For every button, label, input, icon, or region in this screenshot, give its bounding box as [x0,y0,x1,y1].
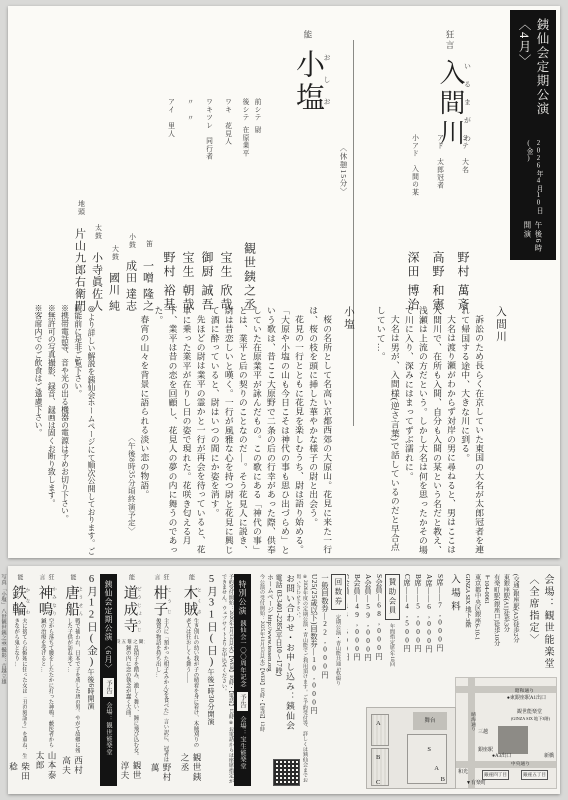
map-theater-sublabel: (GINZA SIX 地下3階) [511,717,550,722]
play-item: 能道成寺どうじょうじ赤頭 無闌之鬘 五段之舞 乱拍子を踏み、激しく舞い、鐘に飛び… [117,574,145,786]
play-genre: 能 [68,574,77,581]
musician-entry: 笛一噌 隆之 [139,98,156,312]
play-performer: 観世 淳夫 [119,761,143,787]
coupon-item: U25(25歳以下)回数券―10,000円 [309,574,319,786]
membership-item: S会員―68,000円 [374,574,384,710]
membership-section: 賛助会員年間指定席/年10回 S会員―68,000円 A会員―59,000円 B… [347,574,401,710]
qr-code-icon [273,759,300,786]
cast-role: 〃 [184,98,194,106]
play-title: 木賊とくさ [180,585,203,618]
cast-performer: 宝生 朝哉 [180,251,197,312]
play-item: 能木賊とくさ 生き別れの幼い我が子の晴着を身に着け、木賊刈りの老人は狂おしくも舞… [177,574,205,786]
special-date: 5月31日(日) [206,574,217,669]
musician-name: 片山九郎右衛門 [72,228,88,312]
musician-role: 大鼓 [109,245,119,261]
noh-cast-list: 前シテ尉 後シテ在原業平 観世銕之丞 ワキ花見人 宝生 欣哉 ワキツレ同行者 御… [158,98,264,312]
play-description: 夫に捨てられ嫉妬に狂った女は「丑の刻詣り」を重ね、生きながら鬼となり… [12,618,27,762]
special-venue: 会場：宝生能楽堂 [238,716,247,770]
synopsis-paragraph: 先ほどの尉は業平の霊かと一行が再会を待っていると、花車に乗った業平が在りし日の姿… [151,306,207,558]
map-theater-box [498,726,528,754]
venue-address: 〒104-0061 [482,574,492,678]
cast-character: 〃 [184,114,194,122]
synopsis-paragraph: 桜の名所として名高い京都西郊の大原山。花見に来た一行は、桜の枝を頭に挿した華やか… [306,306,334,558]
street-chuo [456,761,556,768]
venue-access: (交通)銀座駅(A3)徒歩2分 [510,574,520,678]
synopsis-paragraph: 花見の一行とともに花見を楽しむうち、尉は語り始める。「大原や小塩の山も今日こそは… [208,306,306,558]
cast-entry: ワキツレ同行者 御厨 誠吾 [198,98,217,312]
notice-item: ※携帯電話等、音や光の出る機器の電源は予めお切り下さい。 [58,304,71,558]
cast-role: 後シテ [239,98,249,121]
cast-character: 入間の某 [409,165,419,196]
play-genre: 狂言 [152,574,170,581]
cast-entry: 前シテ尉 後シテ在原業平 観世銕之丞 [236,98,264,312]
cast-role: ワキ [222,98,232,114]
access-map: 昭和通り ●東銀座駅A1出口 観世能楽堂 (GINZA SIX 地下3階) 晴海… [455,677,557,789]
cast-performer: 観世銕之丞 [242,242,259,312]
special-booking-note: 予約受付開始：2026年1月13日(火)【WEB】10時・【電話】13時 ※お電… [220,574,234,786]
special-time: 午後1時30分開演 [207,669,215,726]
coupon-sublabel: 定期公演・青山能共通 5枚綴り [335,614,341,686]
map-block-ginza5: 銀座五丁目 [521,770,548,780]
notices: ◎より詳しい解説を銕仙会ホームページにて順次公開しております。ご観能前に是非ご覧… [20,304,98,558]
noh-title-block: 能小塩おしお [288,30,331,290]
preview-badge: 予告 [237,692,248,711]
cast-character: 同行者 [203,137,213,160]
synopsis-paragraph: 大名は渡り瀬がわからず対岸の男に尋ねると、男はここは入間川で、在所も入間、自分も… [402,306,458,558]
june-venue: 会場：観世能楽堂 [104,702,113,756]
event-title: 銕仙会定期公演〈4月〉 [515,18,551,133]
notice-item: ※無許可の写真撮影、録音、録画は固くお断り致します。 [45,304,58,558]
contact-heading: お問い合わせ・お申し込み：銕仙会 [284,574,297,786]
synopsis-title: 入間川 [491,306,508,558]
street-harumi [468,678,475,788]
event-time: 午後6時開演 [522,221,544,260]
play-description: 空から落ちて腰をしたたかに打った神鳴。藪医者から鍼の治療を受けると… [39,618,54,751]
flyer-page: 銕仙会定期公演〈4月〉 2026年4月10日(金) 午後6時開演 狂言入間川いる… [0,0,568,800]
cast-role: ワキツレ [203,98,213,129]
play-description: 戦で捕われ、日本で子を成した唐の男。やがて故郷に残した子供が訪ね来て… [65,618,80,756]
cast-entry: 〃〃 宝生 朝哉 [179,98,198,312]
cast-entry: アド太郎冠者 高野 和憲 [426,134,451,312]
membership-item: C会員―44,500円 [347,574,351,710]
venue-heading: 会場：観世能楽堂〈全席指定〉 [525,574,555,678]
seat-label-s: S [427,746,431,753]
cast-entry: シテ大名 野村 萬斎 [451,134,476,312]
cast-performer: 御厨 誠吾 [199,251,216,312]
play-description: 乱拍子を踏み、激しく舞い、鐘に飛び込む女。鐘の内に恋の執念が蠢く大曲。 [124,645,139,761]
musician-role: 太鼓 [92,224,102,240]
noh-musicians-list: 笛一噌 隆之 小鼓成田 達志 大鼓國川 純 太鼓小寺眞佐人 地頭片山九郎右衛門 [66,98,156,312]
play-item: 狂言神鳴かみなり 空から落ちて腰をしたたかに打った神鳴。藪医者から鍼の治療を受け… [34,574,59,786]
seat-label-c: C [376,779,380,786]
cast-character: 在原業平 [239,126,249,157]
event-date: 2026年4月10日(金) [523,140,543,215]
price-item: S席――7,000円 [435,574,445,706]
membership-label: 賛助会員 [385,574,400,620]
synopsis-oshio: 小塩 桜の名所として名高い京都西郊の大原山。花見に来た一行は、桜の枝を頭に挿した… [102,306,356,558]
cast-role: 前シテ [251,98,261,121]
seatmap-stage: 舞台 [413,712,447,730]
play-performer: 観世銕之丞 [179,753,203,786]
musician-name: 成田 達志 [123,260,139,312]
play-title: 鉄輪かなわ [8,585,31,618]
map-station-higashiginza: ●東銀座駅A1出口 [507,696,546,702]
membership-item: A会員―59,000円 [363,574,373,710]
venue-address: 東京都中央区銀座6-10-1 [472,574,482,678]
end-time-note: 〈午後8時35分頃終演予定〉 [125,306,137,558]
june-date-block: 6月12日(金)午後6時開演 [85,574,100,786]
june-date: 6月12日(金) [86,574,97,669]
play-title: 神鳴かみなり [35,585,58,618]
contact-booking-note: 今公演の受付開始：2025年11月13日(木)【WEB】10時・【電話】13時 [258,574,265,786]
play-genre: 能 [127,574,136,581]
contact-phone: 電話 03-3401-2285(平日10〜17時) [274,574,284,786]
notice-item: ◎より詳しい解説を銕仙会ホームページにて順次公開しております。ご観能前に是非ご覧… [72,304,99,558]
membership-item: B会員―49,000円 [352,574,362,710]
seat-label-a2: A [434,765,439,772]
special-date-block: 5月31日(日)午後1時30分開演 [205,574,220,786]
kyogen-cast-list: シテ大名 野村 萬斎 アド太郎冠者 高野 和憲 小アド入間の某 深田 博治 [400,134,476,312]
cast-character: 花見人 [222,122,232,145]
cast-entry: 小アド入間の某 深田 博治 [401,134,426,312]
map-theater-label: 観世能楽堂 [517,710,542,716]
play-item: 能唐船とうせん 戦で捕われ、日本で子を成した唐の男。やがて故郷に残した子供が訪ね… [60,574,85,786]
noh-play-title: 小塩おしお [292,49,324,115]
play-performer: 山本泰太郎 [34,751,58,786]
play-description: 生き別れの幼い我が子の晴着を身に着け、木賊刈りの老人は狂おしくも舞う―― [184,618,199,753]
program-sheet: 銕仙会定期公演〈4月〉 2026年4月10日(金) 午後6時開演 狂言入間川いる… [8,6,560,558]
map-wako: 和光 [458,770,468,776]
seatmap-region-a [371,714,389,746]
synopsis-title: 小塩 [339,306,356,558]
venue-access: 東銀座駅(A1)徒歩3分 [501,574,511,678]
venue-access: 有楽町駅(銀座口)徒歩10分 [491,574,501,678]
play-title: 唐船とうせん [61,585,84,618]
cast-role: アイ [165,98,175,114]
play-performer: 野村 萬 [149,763,173,786]
cast-character: 大名 [459,158,469,174]
price-item: C席――4,500円 [402,574,412,706]
header-banner: 銕仙会定期公演〈4月〉 2026年4月10日(金) 午後6時開演 [510,10,556,260]
synopsis-irumagawa: 入間川 訴訟のため長らく在京していた東国の大名が太郎冠者を連れて帰国する途中、大… [360,306,508,558]
special-banner-subtitle: 銕仙会一〇〇周年記念 [238,620,247,687]
cast-role: 小アド [409,134,419,157]
info-sheet: 会場：観世能楽堂〈全席指定〉 (交通)銀座駅(A3)徒歩2分 東銀座駅(A1)徒… [8,566,560,794]
seat-label-b2: B [441,776,445,783]
play-genre: 能 [187,574,196,581]
synopsis-paragraph: 訴訟のため長らく在京していた東国の大名が太郎冠者を連れて帰国する途中、大きな川に… [458,306,486,558]
map-shimbashi: 新橋 [544,754,554,760]
cast-performer: 深田 博治 [405,251,422,312]
map-yurakucho: ▼有楽町 [466,781,486,787]
map-block-ginza4: 銀座四丁目 [482,770,509,780]
play-item: 能鉄輪かなわ 夫に捨てられ嫉妬に狂った女は「丑の刻詣り」を重ね、生きながら鬼とな… [7,574,32,786]
notice-item: ※客席内でのご飲食はご遠慮下さい。 [32,304,45,558]
street-harumi-label: 晴海通り [469,712,476,731]
coupon-item: 一般回数券―22,000円 [320,574,330,786]
street-chuo-label: 中央通り [511,760,530,767]
musician-name: 一噌 隆之 [140,260,156,312]
play-title: 柑子こうじ [150,585,173,618]
noh-genre-label: 能 [303,30,313,41]
special-plays: 能木賊とくさ 生き別れの幼い我が子の晴着を身に着け、木賊刈りの老人は狂おしくも舞… [117,574,205,786]
cast-performer: 野村 裕基 [161,251,178,312]
play-description: 主人に「預かった柑子(みかん)を食べた」言い訳に、冠者は俊寛の物語を持ち出し… [154,618,169,763]
coupon-section: 回数券定期公演・青山能共通 5枚綴り 一般回数券―22,000円 U25(25歳… [297,574,347,786]
musician-role: 地頭 [75,200,85,216]
musician-entry: 地頭片山九郎右衛門 [71,98,88,312]
venue-address: GINZA SIX 地下3階 [463,574,472,678]
photo-credit: 写真 「小塩」 八世観世銕之亟 撮影：吉越立雄 [0,574,7,786]
contact-section: お問い合わせ・お申し込み：銕仙会 電話 03-3401-2285(平日10〜17… [251,574,297,786]
coupon-label: 回数券 [331,574,346,610]
musician-entry: 大鼓國川 純 [105,98,122,312]
cast-entry: ワキ花見人 宝生 欣哉 [217,98,236,312]
coupon-note: ※2026年度の定期公演・青山能でご利用頂けます。ご予約受付等、詳しくは銕仙会ま… [297,574,308,786]
membership-sublabel: 年間指定席/年10回 [389,624,395,667]
cast-character: 尉 [251,126,261,134]
june-plays: 能唐船とうせん 戦で捕われ、日本で子を成した唐の男。やがて故郷に残した子供が訪ね… [7,574,85,786]
cast-entry: アイ里人 野村 裕基 [160,98,179,312]
play-item: 狂言柑子こうじ 主人に「預かった柑子(みかん)を食べた」言い訳に、冠者は俊寛の物… [147,574,175,786]
play-title: 道成寺どうじょうじ [120,585,143,635]
preview-badge: 予告 [103,678,114,697]
june-banner-title: 銕仙会定期公演〈6月〉 [103,580,114,673]
musician-role: 小鼓 [126,233,136,249]
special-banner-title: 特別公演 [237,580,248,615]
cast-performer: 野村 萬斎 [455,251,472,312]
synopsis-paragraph: 春宵の山々を背景に語られる淡い恋の物語。 [137,306,151,558]
map-mitsukoshi: 三越 [478,730,488,736]
play-performer: 西村 高夫 [61,756,85,786]
musician-entry: 太鼓小寺眞佐人 [88,98,105,312]
june-time: 午後6時開演 [87,669,95,711]
musician-role: 笛 [143,240,153,248]
cast-character: 太郎冠者 [434,158,444,189]
play-genre: 能 [15,574,24,581]
cast-performer: 高野 和憲 [430,251,447,312]
kyogen-genre-label: 狂言 [445,30,455,51]
map-exit-a3: ●A3出口 [492,754,511,760]
synopsis-paragraph: 大名は男が、入間様(逆さ言葉)で話しているのだと早合点していて…。 [374,306,402,558]
intermission-label: 〈休憩15分〉 [334,144,353,196]
seat-label-b: B [376,754,380,761]
play-genre: 狂言 [37,574,55,581]
price-item: B席――5,000円 [413,574,423,706]
contact-website: ホームページ http://www.tessen.org [265,574,274,786]
special-banner: 特別公演 銕仙会一〇〇周年記念 予告 会場：宝生能楽堂 [234,574,251,786]
cast-role: シテ [459,134,469,150]
cast-performer: 宝生 欣哉 [218,251,235,312]
june-banner: 銕仙会定期公演〈6月〉 予告 会場：観世能楽堂 [100,574,117,786]
cast-character: 里人 [165,122,175,138]
map-ginza-station: 銀座駅 [478,748,493,754]
play-performer: 柴田 稔 [8,762,32,786]
price-item: A席――6,000円 [424,574,434,706]
street-showa-label: 昭和通り [515,687,534,694]
price-section: 入場料 S席――7,000円 A席――6,000円 B席――5,000円 C席―… [401,574,463,706]
musician-entry: 小鼓成田 達志 [122,98,139,312]
seat-label-a: A [376,720,381,727]
cast-role: アド [434,134,444,150]
musician-name: 小寺眞佐人 [89,252,105,312]
seat-map: 舞台 A B C S A B [366,707,456,789]
